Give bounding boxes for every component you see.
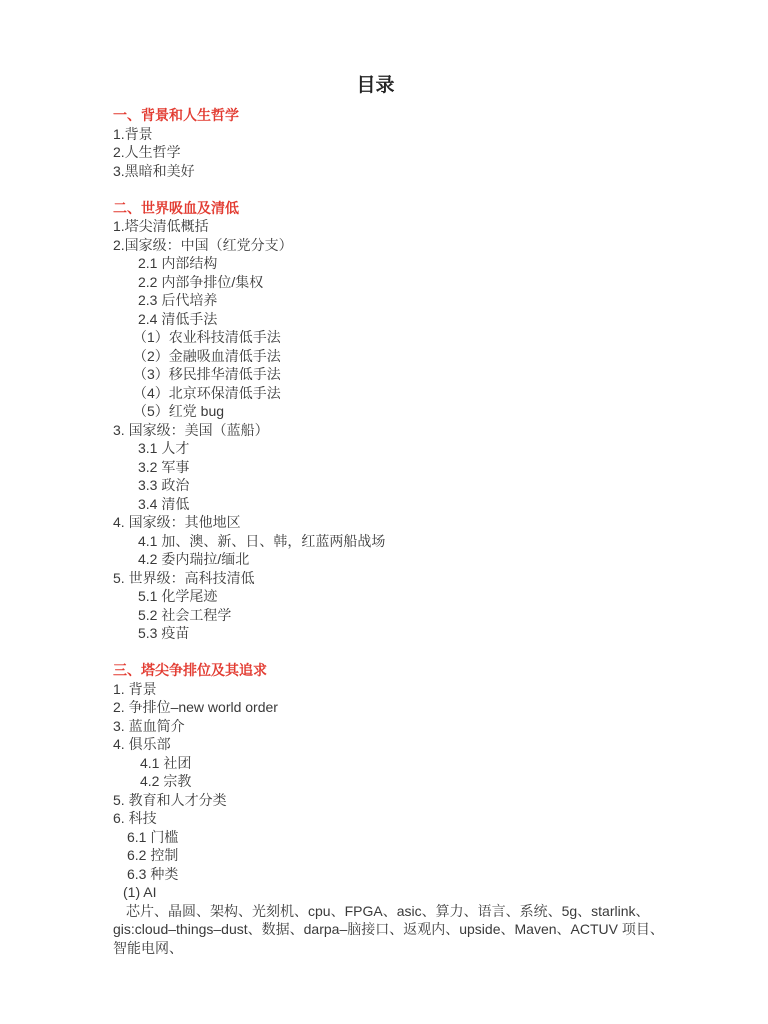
toc-line: 2.1 内部结构 [113,254,668,273]
toc-line: （3）移民排华清低手法 [113,365,668,384]
toc-line: （5）红党 bug [113,402,668,421]
toc-line: （1）农业科技清低手法 [113,328,668,347]
document-page: 目录 一、背景和人生哲学1.背景2.人生哲学3.黑暗和美好二、世界吸血及清低1.… [0,0,768,1024]
toc-line: 5.3 疫苗 [113,624,668,643]
toc-line: (1) AI [113,883,668,902]
section-heading: 三、塔尖争排位及其追求 [113,661,668,680]
toc-line: 2.3 后代培养 [113,291,668,310]
toc-line: 2.4 清低手法 [113,310,668,329]
section-heading: 一、背景和人生哲学 [113,106,668,125]
toc-line: 5.1 化学尾迹 [113,587,668,606]
toc-line: 2.人生哲学 [113,143,668,162]
toc-line: 2. 争排位–new world order [113,698,668,717]
toc-line: 3.黑暗和美好 [113,162,668,181]
toc-line: 6.2 控制 [113,846,668,865]
toc-line: 3.1 人才 [113,439,668,458]
toc-line: 1.背景 [113,125,668,144]
toc-line: 6. 科技 [113,809,668,828]
toc-line: 5. 教育和人才分类 [113,791,668,810]
toc-line: （2）金融吸血清低手法 [113,347,668,366]
toc-line: 1. 背景 [113,680,668,699]
toc-section: 二、世界吸血及清低1.塔尖清低概括2.国家级：中国（红党分支）2.1 内部结构2… [113,199,668,643]
toc-section: 一、背景和人生哲学1.背景2.人生哲学3.黑暗和美好 [113,106,668,180]
toc-line: 4.1 加、澳、新、日、韩，红蓝两船战场 [113,532,668,551]
page-title: 目录 [113,72,638,100]
toc-line: 2.国家级：中国（红党分支） [113,236,668,255]
toc-line: 4.2 委内瑞拉/缅北 [113,550,668,569]
toc-section: 三、塔尖争排位及其追求1. 背景2. 争排位–new world order3.… [113,661,668,957]
toc-line: 1.塔尖清低概括 [113,217,668,236]
toc-line: 6.3 种类 [113,865,668,884]
toc-line: 3. 国家级：美国（蓝船） [113,421,668,440]
toc-line: 2.2 内部争排位/集权 [113,273,668,292]
toc-line: 4.1 社团 [113,754,668,773]
toc-line: 5.2 社会工程学 [113,606,668,625]
toc-line: 4. 国家级：其他地区 [113,513,668,532]
toc-line: 6.1 门槛 [113,828,668,847]
toc-line: 5. 世界级：高科技清低 [113,569,668,588]
toc-paragraph: 芯片、晶圆、架构、光刻机、cpu、FPGA、asic、算力、语言、系统、5g、s… [113,902,668,958]
toc-line: 3.3 政治 [113,476,668,495]
toc-line: 3.4 清低 [113,495,668,514]
toc-line: （4）北京环保清低手法 [113,384,668,403]
toc-line: 4. 俱乐部 [113,735,668,754]
section-heading: 二、世界吸血及清低 [113,199,668,218]
toc-line: 4.2 宗教 [113,772,668,791]
toc-line: 3. 蓝血简介 [113,717,668,736]
toc-line: 3.2 军事 [113,458,668,477]
toc-list: 一、背景和人生哲学1.背景2.人生哲学3.黑暗和美好二、世界吸血及清低1.塔尖清… [113,106,668,957]
